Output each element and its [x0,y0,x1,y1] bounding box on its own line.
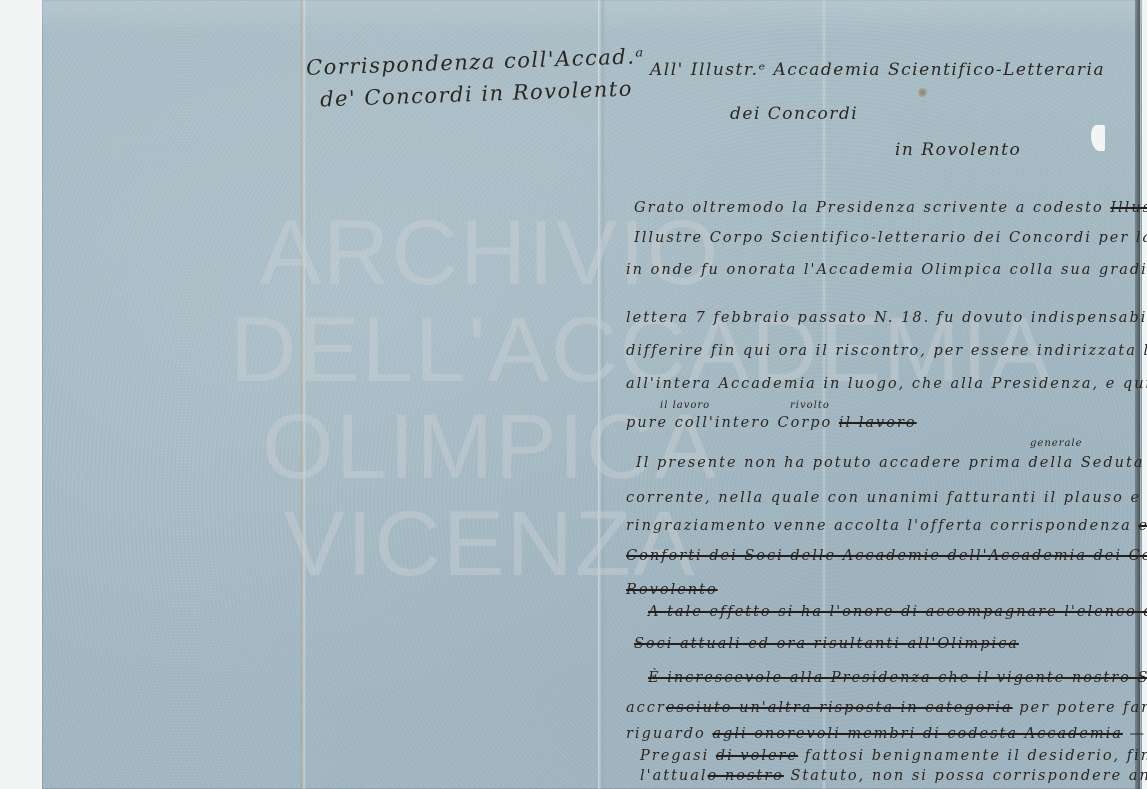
interlinear-insertion: rivolto [790,400,830,411]
body-line: all'intera Accademia in luogo, che alla … [626,376,1147,392]
interlinear-insertion: generale [1030,438,1083,449]
body-line: corrente, nella quale con unanimi fattur… [626,490,1147,506]
struck-text: o nostro [708,768,784,784]
struck-text: A tale effetto si ha l'onore di accompag… [648,604,1147,620]
struck-text: Illustre [1110,200,1147,216]
interlinear-insertion: il lavoro [660,400,710,411]
ink-stain [918,88,927,97]
body-line: in onde fu onorata l'Accademia Olimpica … [626,262,1147,278]
address-line: dei Concordi [730,104,858,124]
scanned-document: ARCHIVIO DELL'ACCADEMIA OLIMPICA VICENZA… [0,0,1147,789]
struck-text: È increscevole alla Presidenza che il vi… [648,670,1147,686]
body-line: accresciuto un'altra risposta in categor… [626,700,1147,716]
body-line: Pregasi di volere fattosi benignamente i… [640,748,1147,764]
body-line: lettera 7 febbraio passato N. 18. fu dov… [626,310,1147,326]
body-line: A tale effetto si ha l'onore di accompag… [648,604,1147,620]
body-line: riguardo agli onorevoli membri di codest… [626,726,1146,742]
struck-text: esciuto un'altra risposta in categoria [666,700,1013,716]
struck-text: Soci attuali ed ora risultanti all'Olimp… [634,636,1019,652]
struck-text: Conforti dei Soci delle Accademie dell'A… [626,548,1147,564]
struck-text: agli onorevoli membri di codesta Accadem… [712,726,1122,742]
body-line: Grato oltremodo la Presidenza scrivente … [634,200,1147,216]
fold-crease-left [300,0,306,789]
body-line: Conforti dei Soci delle Accademie dell'A… [626,548,1147,564]
address-line: in Rovolento [895,140,1021,160]
body-line: Il presente non ha potuto accadere prima… [636,455,1147,471]
paper-tear [1091,125,1105,151]
body-line: Rovolento [626,582,718,598]
body-line: differire fin qui ora il riscontro, per … [626,343,1147,359]
body-line: pure coll'intero Corpo il lavoro [626,415,917,431]
body-line: l'attualo nostro Statuto, non si possa c… [640,768,1147,784]
address-line: All' Illustr.ᵉ Accademia Scientifico-Let… [650,60,1105,80]
paper-top-shading [42,0,1142,36]
body-line: Illustre Corpo Scientifico-letterario de… [634,230,1147,246]
body-line: È increscevole alla Presidenza che il vi… [648,670,1147,686]
fold-crease-middle [598,0,606,789]
body-line: Soci attuali ed ora risultanti all'Olimp… [634,636,1019,652]
struck-text: Rovolento [626,582,718,598]
body-line: ringraziamento venne accolta l'offerta c… [626,518,1147,534]
struck-text: e l'aggiunge [1138,518,1147,534]
struck-text: di volere [716,748,798,764]
struck-text: il lavoro [839,415,917,431]
